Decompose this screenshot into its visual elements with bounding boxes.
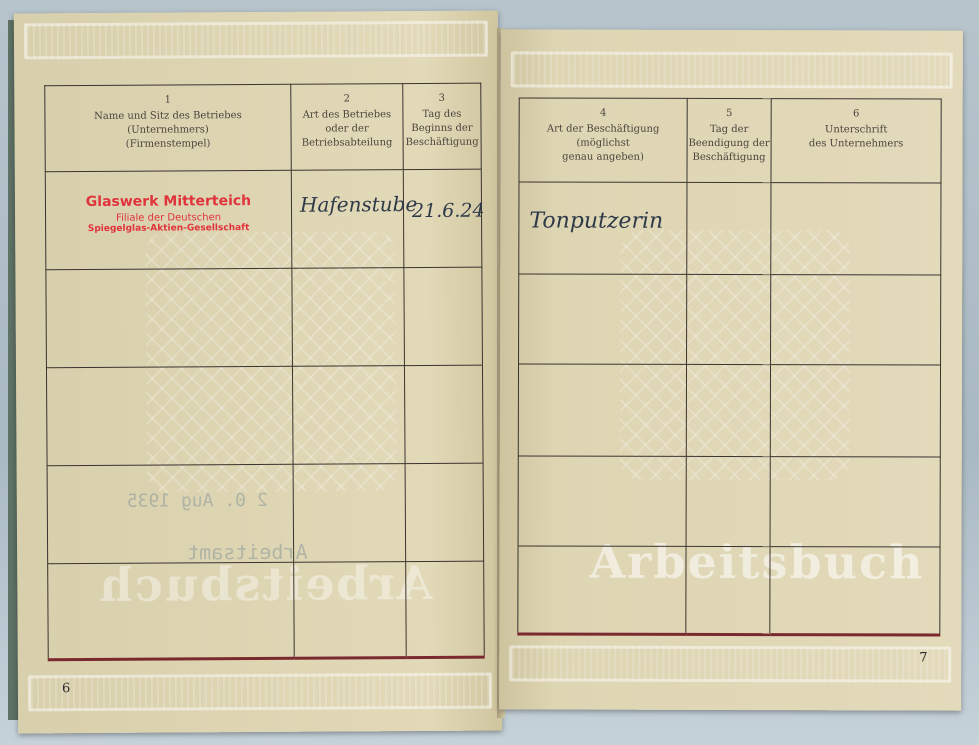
table-row xyxy=(518,456,940,547)
table-row xyxy=(47,463,484,564)
right-page: Arbeitsbuch 4 Art der Beschäftigung (mög… xyxy=(499,29,963,710)
decorative-border-bottom xyxy=(28,673,492,712)
table-row: Glaswerk Mitterteich Filiale der Deutsch… xyxy=(45,169,482,270)
handwritten-occupation: Tonputzerin xyxy=(529,208,686,233)
start-date-cell: 21.6.24 xyxy=(403,169,482,267)
table-row xyxy=(48,561,485,660)
header-row: 4 Art der Beschäftigung (möglichst genau… xyxy=(519,98,941,183)
page-number: 6 xyxy=(62,681,70,696)
table-row: Tonputzerin xyxy=(519,182,941,275)
end-date-cell xyxy=(687,182,771,274)
employment-table-right: 4 Art der Beschäftigung (möglichst genau… xyxy=(517,97,941,636)
occupation-cell: Tonputzerin xyxy=(519,182,687,274)
table-row xyxy=(46,365,483,466)
table-row xyxy=(46,267,483,368)
decorative-border-top xyxy=(511,51,953,88)
handwritten-department: Hafenstube xyxy=(300,192,403,217)
left-page: Arbeitsbuch 2 0. Aug 1935 Arbeitsamt 1 N… xyxy=(14,11,502,734)
column-header-2: 2 Art des Betriebes oder der Betriebsabt… xyxy=(291,84,404,171)
table-row xyxy=(519,274,941,365)
company-stamp: Glaswerk Mitterteich Filiale der Deutsch… xyxy=(46,193,291,234)
column-header-6: 6 Unterschrift des Unternehmers xyxy=(771,99,941,183)
decorative-border-bottom xyxy=(509,645,951,682)
signature-cell xyxy=(771,183,941,275)
column-header-1: 1 Name und Sitz des Betriebes (Unternehm… xyxy=(45,84,292,172)
header-row: 1 Name und Sitz des Betriebes (Unternehm… xyxy=(45,83,482,172)
handwritten-start-date: 21.6.24 xyxy=(412,200,481,222)
table-row xyxy=(518,546,940,635)
decorative-border-top xyxy=(24,21,488,60)
column-header-3: 3 Tag des Beginns der Beschäftigung xyxy=(403,83,482,169)
table-row xyxy=(518,364,940,457)
employment-table-left: 1 Name und Sitz des Betriebes (Unternehm… xyxy=(44,83,485,662)
page-number: 7 xyxy=(919,650,927,665)
column-header-5: 5 Tag der Beendigung der Beschäftigung xyxy=(687,98,771,182)
department-cell: Hafenstube xyxy=(291,170,404,269)
company-cell: Glaswerk Mitterteich Filiale der Deutsch… xyxy=(45,170,292,270)
column-header-4: 4 Art der Beschäftigung (möglichst genau… xyxy=(519,98,687,182)
